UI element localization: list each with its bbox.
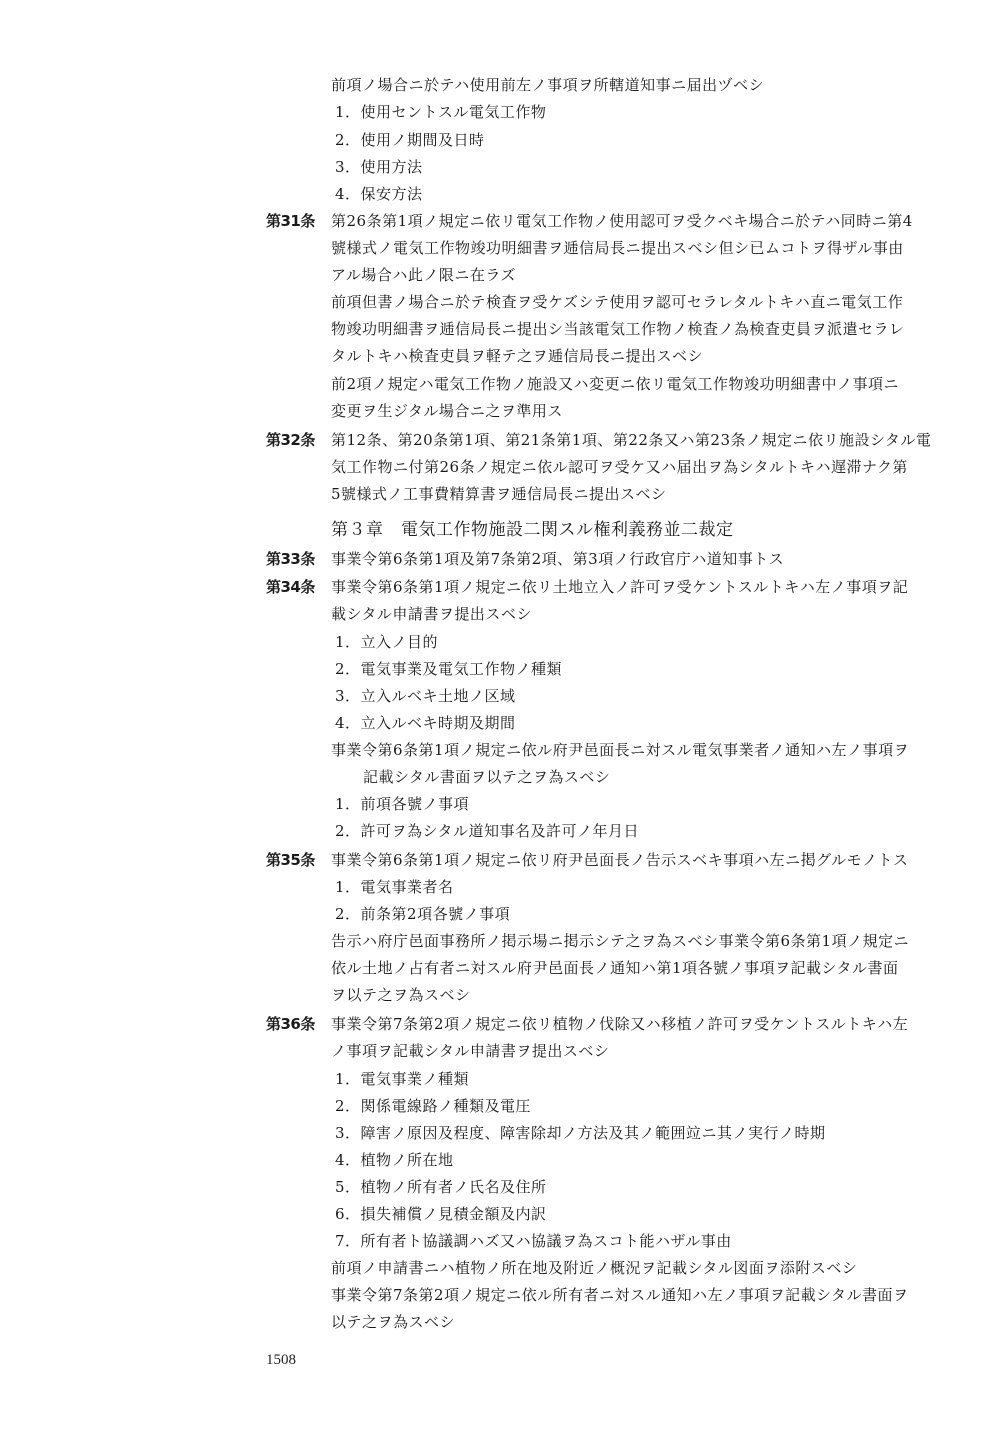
article-label: 第35条 bbox=[266, 850, 315, 870]
article-first-line: 事業令第6条第1項ノ規定ニ依リ府尹邑面長ノ告示スベキ事項ハ左ニ掲グルモノトス bbox=[331, 850, 908, 870]
list-item: 2．電気事業及電気工作物ノ種類 bbox=[335, 659, 562, 679]
list-item: 1．電気事業ノ種類 bbox=[335, 1069, 469, 1089]
list-item: 2．許可ヲ為シタル道知事名及許可ノ年月日 bbox=[335, 821, 639, 841]
article-first-line: 事業令第7条第2項ノ規定ニ依リ植物ノ伐除又ハ移植ノ許可ヲ受ケントスルトキハ左 bbox=[331, 1014, 908, 1034]
list-item: 2．前条第2項各號ノ事項 bbox=[335, 904, 510, 924]
body-text-line: 事業令第7条第2項ノ規定ニ依ル所有者ニ対スル通知ハ左ノ事項ヲ記載シタル書面ヲ bbox=[331, 1285, 909, 1305]
list-item: 3．立入ルベキ土地ノ区域 bbox=[335, 686, 516, 706]
list-item: 1．電気事業者名 bbox=[335, 877, 454, 897]
list-item: 2．使用ノ期間及日時 bbox=[335, 130, 485, 150]
body-text-line: ヲ以テ之ヲ為スベシ bbox=[331, 985, 471, 1005]
body-text-line: 前項ノ場合ニ於テハ使用前左ノ事項ヲ所轄道知事ニ届出ヅベシ bbox=[331, 75, 764, 95]
body-text-line: 5號様式ノ工事費精算書ヲ逓信局長ニ提出スベシ bbox=[331, 484, 667, 504]
list-item: 7．所有者ト協議調ハズ又ハ協議ヲ為スコト能ハザル事由 bbox=[335, 1231, 732, 1251]
chapter-heading: 第３章 電気工作物施設二関スル権利義務並二裁定 bbox=[331, 519, 734, 541]
body-text-line: 変更ヲ生ジタル場合ニ之ヲ準用ス bbox=[331, 401, 563, 421]
article-first-line: 第12条、第20条第1項、第21条第1項、第22条又ハ第23条ノ規定ニ依リ施設シ… bbox=[331, 430, 931, 450]
list-item: 3．障害ノ原因及程度、障害除却ノ方法及其ノ範囲竝ニ其ノ実行ノ時期 bbox=[335, 1123, 826, 1143]
document-page: 1508 前項ノ場合ニ於テハ使用前左ノ事項ヲ所轄道知事ニ届出ヅベシ1．使用セント… bbox=[0, 0, 982, 1440]
list-item: 6．損失補償ノ見積金額及内訳 bbox=[335, 1204, 547, 1224]
list-item: 4．立入ルベキ時期及期間 bbox=[335, 713, 516, 733]
body-text-line: 前項但書ノ場合ニ於テ検査ヲ受ケズシテ使用ヲ認可セラレタルトキハ直ニ電気工作 bbox=[331, 292, 903, 312]
body-text-line: 前2項ノ規定ハ電気工作物ノ施設又ハ変更ニ依リ電気工作物竣功明細書中ノ事項ニ bbox=[331, 374, 899, 394]
article-label: 第36条 bbox=[266, 1014, 315, 1034]
body-text-line: 載シタル申請書ヲ提出スベシ bbox=[331, 604, 532, 624]
list-item: 4．植物ノ所在地 bbox=[335, 1150, 454, 1170]
page-number: 1508 bbox=[266, 1352, 296, 1369]
body-text-line: ノ事項ヲ記載シタル申請書ヲ提出スベシ bbox=[331, 1041, 609, 1061]
body-text-line: 以テ之ヲ為スベシ bbox=[331, 1312, 455, 1332]
body-text-line: 依ル土地ノ占有者ニ対スル府尹邑面長ノ通知ハ第1項各號ノ事項ヲ記載シタル書面 bbox=[331, 958, 898, 978]
list-item: 1．使用セントスル電気工作物 bbox=[335, 102, 546, 122]
indented-text-line: 記載シタル書面ヲ以テ之ヲ為スベシ bbox=[363, 767, 610, 787]
article-label: 第33条 bbox=[266, 549, 315, 569]
body-text-line: タルトキハ検査吏員ヲ軽テ之ヲ逓信局長ニ提出スベシ bbox=[331, 346, 703, 366]
article-first-line: 事業令第6条第1項ノ規定ニ依リ土地立入ノ許可ヲ受ケントスルトキハ左ノ事項ヲ記 bbox=[331, 577, 908, 597]
list-item: 3．使用方法 bbox=[335, 157, 423, 177]
body-text-line: アル場合ハ此ノ限ニ在ラズ bbox=[331, 265, 516, 285]
article-label: 第34条 bbox=[266, 577, 315, 597]
article-first-line: 事業令第6条第1項及第7条第2項、第3項ノ行政官庁ハ道知事トス bbox=[331, 549, 784, 569]
article-label: 第31条 bbox=[266, 211, 315, 231]
list-item: 1．前項各號ノ事項 bbox=[335, 794, 469, 814]
body-text-line: 號様式ノ電気工作物竣功明細書ヲ逓信局長ニ提出スベシ但シ已ムコトヲ得ザル事由 bbox=[331, 238, 904, 258]
list-item: 2．関係電線路ノ種類及電圧 bbox=[335, 1096, 531, 1116]
body-text-line: 気工作物ニ付第26条ノ規定ニ依ル認可ヲ受ケ又ハ届出ヲ為シタルトキハ遅滞ナク第 bbox=[331, 457, 908, 477]
body-text-line: 物竣功明細書ヲ逓信局長ニ提出シ当該電気工作物ノ検査ノ為検査吏員ヲ派遣セラレ bbox=[331, 319, 905, 339]
article-first-line: 第26条第1項ノ規定ニ依リ電気工作物ノ使用認可ヲ受クベキ場合ニ於テハ同時ニ第4 bbox=[331, 211, 913, 231]
body-text-line: 告示ハ府庁邑面事務所ノ掲示場ニ掲示シテ之ヲ為スベシ事業令第6条第1項ノ規定ニ bbox=[331, 931, 909, 951]
list-item: 4．保安方法 bbox=[335, 184, 423, 204]
list-item: 5．植物ノ所有者ノ氏名及住所 bbox=[335, 1177, 547, 1197]
body-text-line: 事業令第6条第1項ノ規定ニ依ル府尹邑面長ニ対スル電気事業者ノ通知ハ左ノ事項ヲ bbox=[331, 740, 909, 760]
list-item: 1．立入ノ目的 bbox=[335, 632, 438, 652]
article-label: 第32条 bbox=[266, 430, 315, 450]
body-text-line: 前項ノ申請書ニハ植物ノ所在地及附近ノ概況ヲ記載シタル図面ヲ添附スベシ bbox=[331, 1258, 857, 1278]
